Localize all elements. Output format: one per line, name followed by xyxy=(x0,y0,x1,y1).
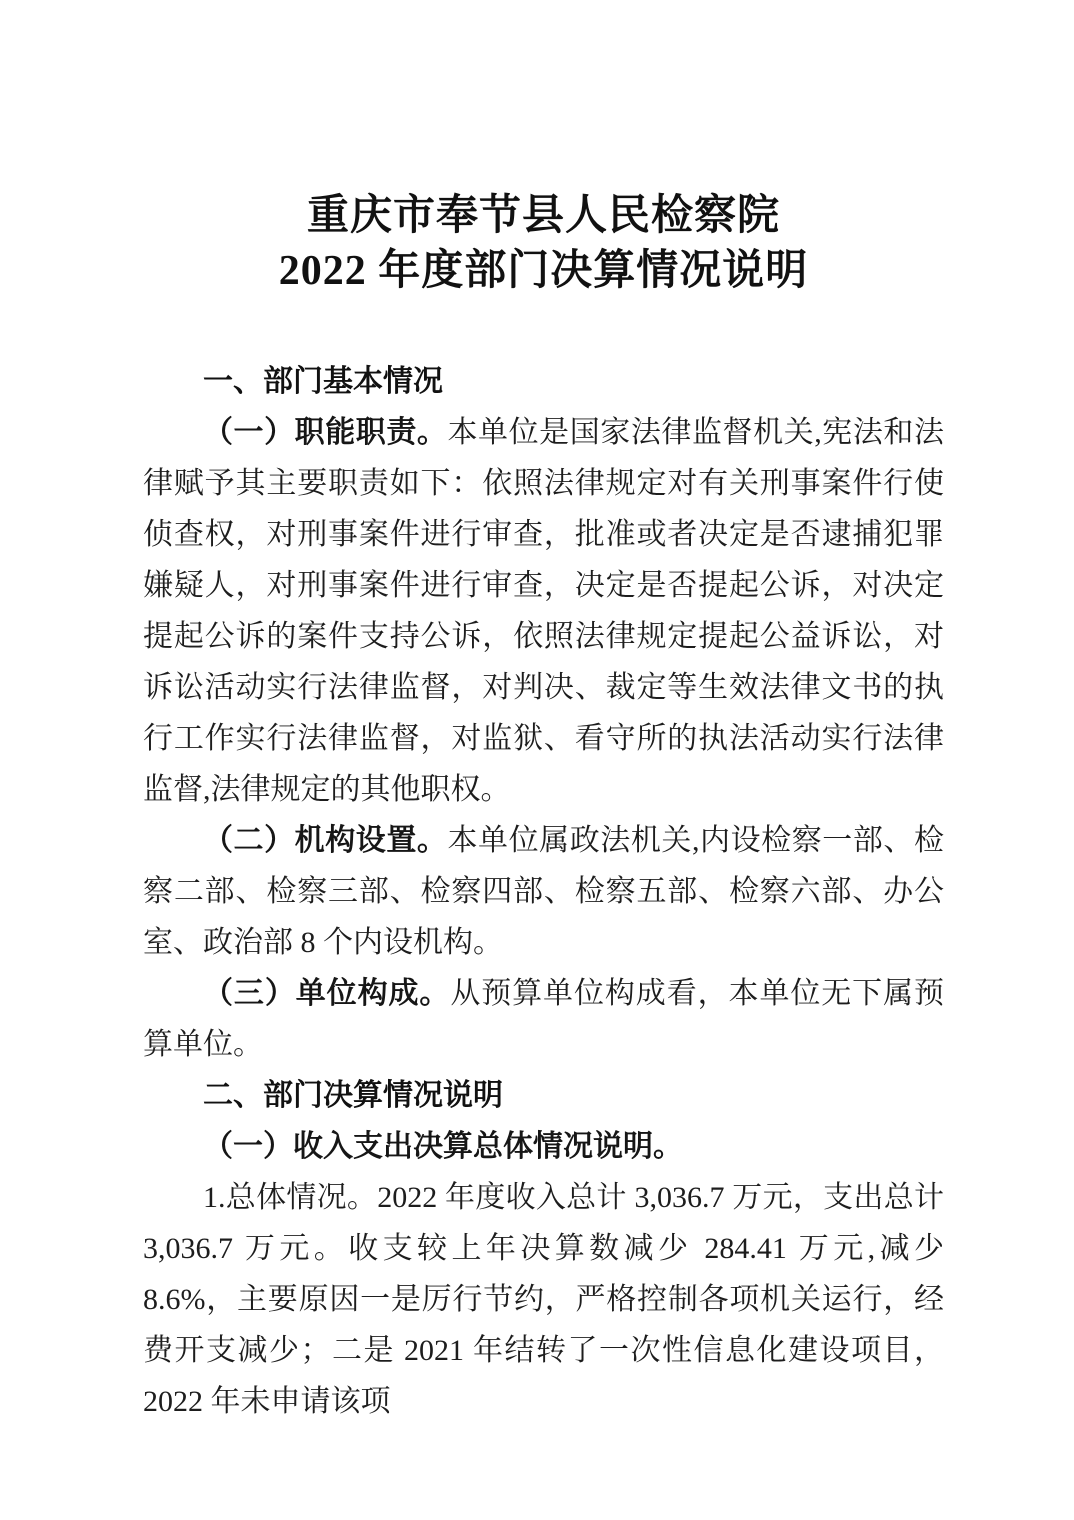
paragraph-composition: （三）单位构成。从预算单位构成看，本单位无下属预算单位。 xyxy=(143,968,944,1070)
paragraph-overview: 1.总体情况。2022 年度收入总计 3,036.7 万元，支出总计 3,036… xyxy=(143,1172,944,1427)
paragraph-duties: （一）职能职责。本单位是国家法律监督机关,宪法和法律赋予其主要职责如下：依照法律… xyxy=(143,407,944,815)
section-heading-final-accounts: 二、部门决算情况说明 xyxy=(143,1070,944,1121)
paragraph-duties-text: 本单位是国家法律监督机关,宪法和法律赋予其主要职责如下：依照法律规定对有关刑事案… xyxy=(143,416,944,806)
subheading-income-expenditure: （一）收入支出决算总体情况说明。 xyxy=(143,1121,944,1172)
document-title-line2: 2022 年度部门决算情况说明 xyxy=(143,244,944,299)
paragraph-duties-lead: （一）职能职责。 xyxy=(203,416,448,449)
document-page: 重庆市奉节县人民检察院 2022 年度部门决算情况说明 一、部门基本情况 （一）… xyxy=(0,0,1074,1520)
document-body: 一、部门基本情况 （一）职能职责。本单位是国家法律监督机关,宪法和法律赋予其主要… xyxy=(143,356,944,1427)
paragraph-structure: （二）机构设置。本单位属政法机关,内设检察一部、检察二部、检察三部、检察四部、检… xyxy=(143,815,944,968)
paragraph-overview-text: 2022 年度收入总计 3,036.7 万元，支出总计 3,036.7 万元。收… xyxy=(143,1181,944,1418)
document-title: 重庆市奉节县人民检察院 2022 年度部门决算情况说明 xyxy=(143,0,944,299)
paragraph-structure-lead: （二）机构设置。 xyxy=(203,824,448,857)
paragraph-overview-lead: 1.总体情况。 xyxy=(203,1181,377,1214)
paragraph-composition-lead: （三）单位构成。 xyxy=(203,977,450,1010)
section-heading-basic-info: 一、部门基本情况 xyxy=(143,356,944,407)
document-title-line1: 重庆市奉节县人民检察院 xyxy=(143,189,944,244)
